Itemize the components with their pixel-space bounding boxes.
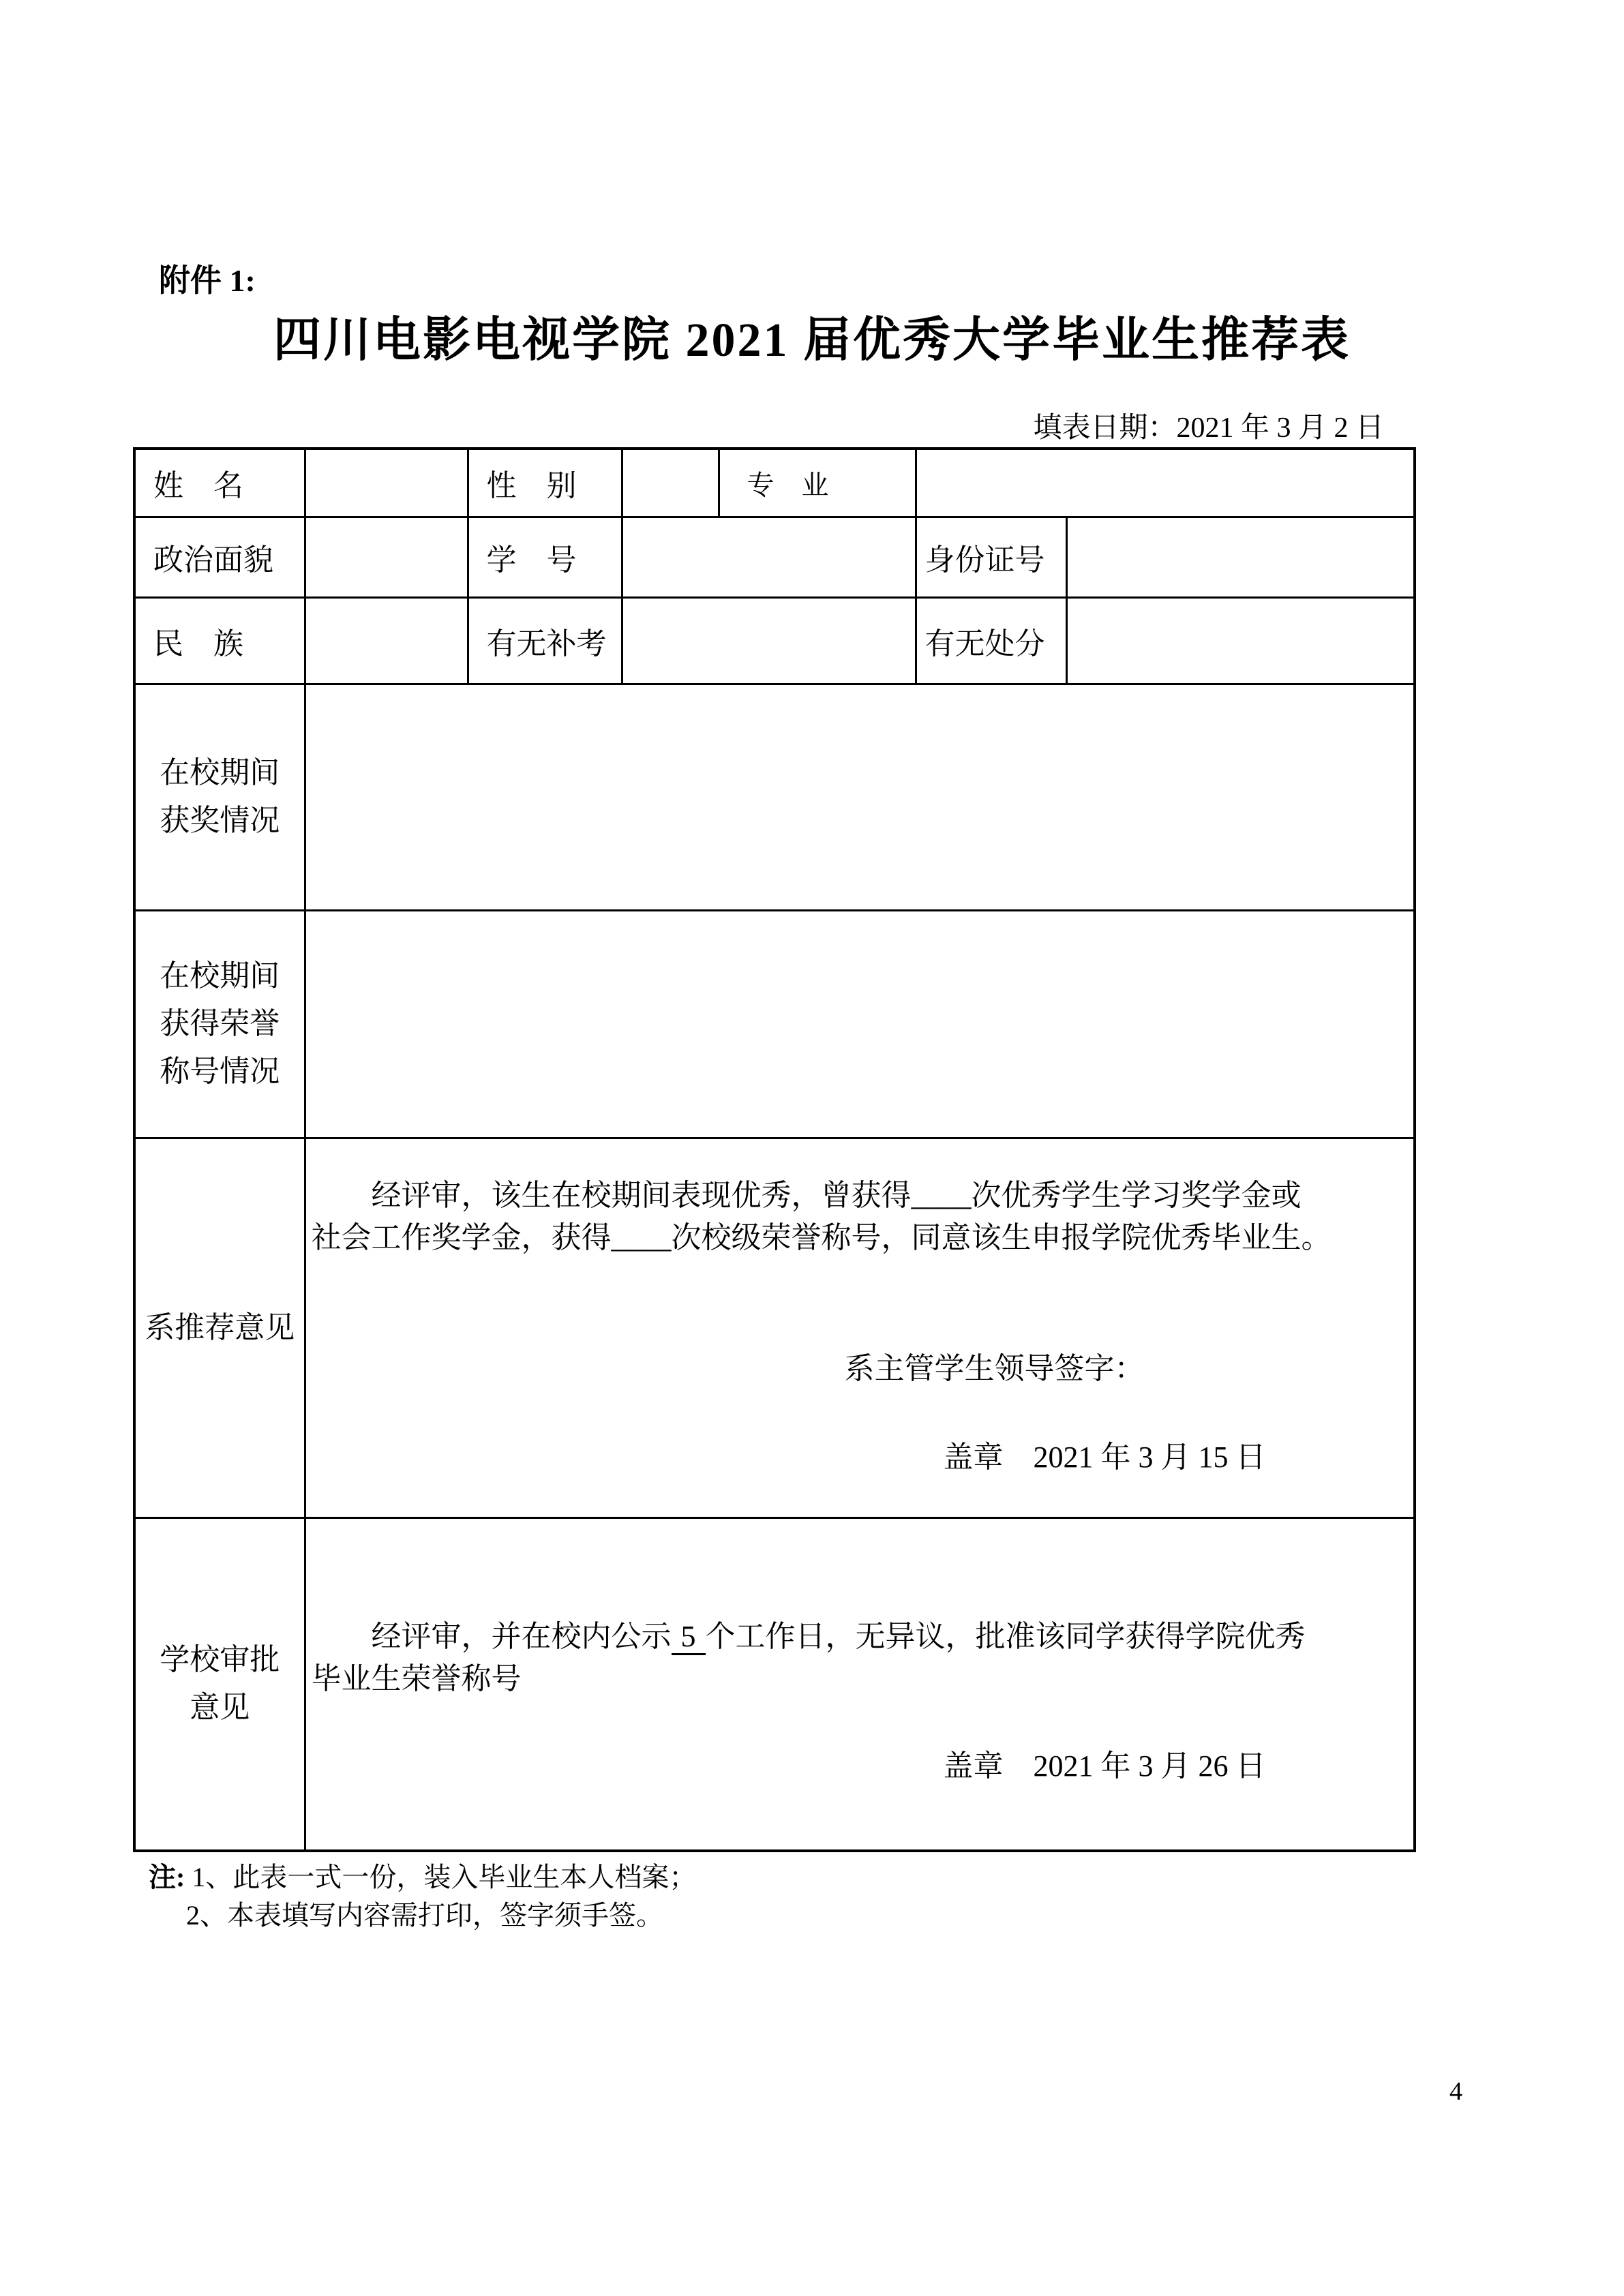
major-value-cell [916, 449, 1415, 517]
dept-signature-label: 系主管学生领导签字： [845, 1348, 1414, 1390]
awards-content-cell [305, 684, 1415, 910]
dept-opinion-content-cell: 经评审，该生在校期间表现优秀，曾获得____次优秀学生学习奖学金或 社会工作奖学… [305, 1138, 1415, 1517]
school-opinion-content-cell: 经评审，并在校内公示5个工作日，无异议，批准该同学获得学院优秀 毕业生荣誉称号 … [305, 1517, 1415, 1851]
school-opinion-paragraph: 经评审，并在校内公示5个工作日，无异议，批准该同学获得学院优秀 毕业生荣誉称号 [306, 1616, 1414, 1700]
dept-stamp-date: 盖章 2021 年 3 月 15 日 [944, 1436, 1414, 1479]
page-title: 四川电影电视学院 2021 届优秀大学毕业生推荐表 [0, 301, 1624, 370]
disciplinary-action-value-cell [1066, 597, 1415, 684]
footnotes: 注: 1、此表一式一份，装入毕业生本人档案； 2、本表填写内容需打印，签字须手签… [149, 1858, 696, 1935]
publicity-days-value: 5 [672, 1620, 706, 1655]
honors-label: 在校期间 获得荣誉 称号情况 [134, 910, 305, 1138]
row-school-opinion: 学校审批 意见 经评审，并在校内公示5个工作日，无异议，批准该同学获得学院优秀 … [134, 1517, 1415, 1851]
gender-label: 性 别 [468, 449, 622, 517]
name-label: 姓 名 [134, 449, 305, 517]
student-id-label: 学 号 [468, 517, 622, 597]
name-value-cell [305, 449, 468, 517]
dept-opinion-line-1: 经评审，该生在校期间表现优秀，曾获得____次优秀学生学习奖学金或 [312, 1175, 1409, 1217]
page-number: 4 [1449, 2076, 1462, 2106]
ethnicity-value-cell [305, 597, 468, 684]
attachment-label: 附件 1: [159, 256, 256, 301]
row-political-studentid-idnumber: 政治面貌 学 号 身份证号 [134, 517, 1415, 597]
blank-fill-1: ____ [912, 1179, 972, 1212]
school-opinion-line-1: 经评审，并在校内公示5个工作日，无异议，批准该同学获得学院优秀 [312, 1616, 1409, 1658]
student-id-value-cell [622, 517, 916, 597]
ethnicity-label: 民 族 [134, 597, 305, 684]
major-label: 专 业 [719, 449, 916, 517]
footnote-label: 注: [149, 1862, 185, 1892]
dept-opinion-label: 系推荐意见 [134, 1138, 305, 1517]
id-number-value-cell [1066, 517, 1415, 597]
school-stamp-date: 盖章 2021 年 3 月 26 日 [944, 1745, 1414, 1787]
gender-value-cell [622, 449, 719, 517]
row-ethnicity-makeup-discipline: 民 族 有无补考 有无处分 [134, 597, 1415, 684]
school-opinion-label: 学校审批 意见 [134, 1517, 305, 1851]
recommendation-form-table: 姓 名 性 别 专 业 政治面貌 学 号 身份证号 民 族 有无补考 有无处分 [133, 447, 1416, 1852]
makeup-exams-label: 有无补考 [468, 597, 622, 684]
makeup-exams-value-cell [622, 597, 916, 684]
footnote-2: 2、本表填写内容需打印，签字须手签。 [149, 1897, 696, 1935]
political-status-value-cell [305, 517, 468, 597]
id-number-label: 身份证号 [916, 517, 1066, 597]
row-name-gender-major: 姓 名 性 别 专 业 [134, 449, 1415, 517]
row-awards: 在校期间 获奖情况 [134, 684, 1415, 910]
disciplinary-action-label: 有无处分 [916, 597, 1066, 684]
footnote-1: 注: 1、此表一式一份，装入毕业生本人档案； [149, 1858, 696, 1897]
row-honors: 在校期间 获得荣誉 称号情况 [134, 910, 1415, 1138]
honors-content-cell [305, 910, 1415, 1138]
row-dept-opinion: 系推荐意见 经评审，该生在校期间表现优秀，曾获得____次优秀学生学习奖学金或 … [134, 1138, 1415, 1517]
fill-date: 填表日期：2021 年 3 月 2 日 [1033, 405, 1384, 446]
dept-opinion-paragraph: 经评审，该生在校期间表现优秀，曾获得____次优秀学生学习奖学金或 社会工作奖学… [306, 1175, 1414, 1259]
document-page: 附件 1: 四川电影电视学院 2021 届优秀大学毕业生推荐表 填表日期：202… [0, 0, 1624, 2296]
awards-label: 在校期间 获奖情况 [134, 684, 305, 910]
political-status-label: 政治面貌 [134, 517, 305, 597]
blank-fill-2: ____ [612, 1221, 672, 1254]
school-opinion-line-2: 毕业生荣誉称号 [312, 1658, 1409, 1700]
dept-opinion-line-2: 社会工作奖学金，获得____次校级荣誉称号，同意该生申报学院优秀毕业生。 [312, 1217, 1409, 1259]
